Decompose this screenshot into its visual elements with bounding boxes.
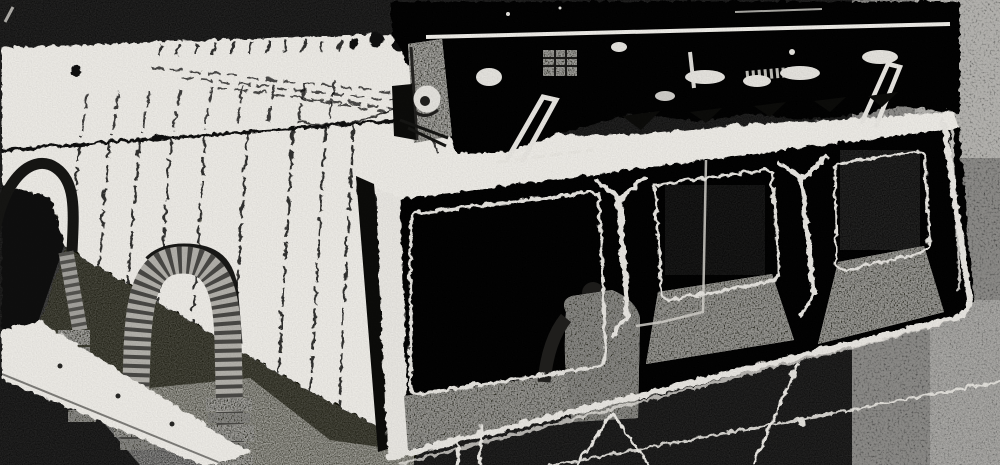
photo-canvas: [0, 0, 1000, 465]
photo-stage: [0, 0, 1000, 465]
film-grain-dark: [0, 0, 1000, 465]
